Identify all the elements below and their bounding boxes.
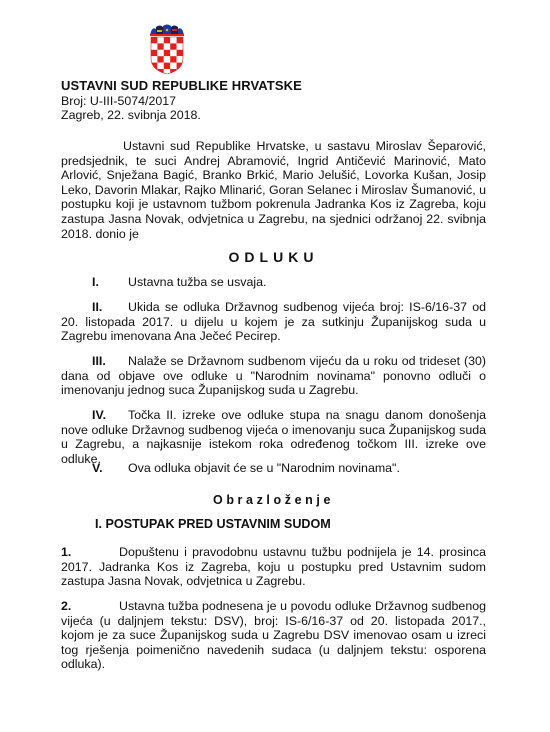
item-number: II. — [92, 300, 102, 315]
decision-item: I. Ustavna tužba se usvaja. — [61, 275, 486, 290]
item-number: IV. — [92, 408, 106, 423]
reasoning-title: Obrazloženje — [61, 493, 486, 507]
decision-item: II. Ukida se odluka Državnog sudbenog vi… — [61, 300, 486, 344]
item-text: Ustavna tužba podnesena je u povodu odlu… — [61, 599, 486, 671]
court-name: USTAVNI SUD REPUBLIKE HRVATSKE — [61, 79, 302, 93]
decision-title: ODLUKU — [61, 249, 486, 265]
item-text: Točka II. izreke ove odluke stupa na sna… — [61, 408, 486, 466]
case-number: Broj: U-III-5074/2017 — [61, 94, 176, 108]
item-number: V. — [92, 461, 103, 476]
reasoning-item: 2. Ustavna tužba podnesena je u povodu o… — [61, 599, 486, 672]
place-date: Zagreb, 22. svibnja 2018. — [61, 108, 201, 122]
item-text: Nalaže se Državnom sudbenom vijeću da u … — [61, 354, 486, 397]
item-text: Ustavna tužba se usvaja. — [128, 275, 266, 289]
croatian-coat-of-arms-icon — [148, 24, 186, 74]
document-page: USTAVNI SUD REPUBLIKE HRVATSKE Broj: U-I… — [0, 0, 550, 732]
item-text: Dopuštenu i pravodobnu ustavnu tužbu pod… — [61, 545, 486, 588]
item-number: I. — [92, 275, 99, 290]
decision-item: V. Ova odluka objavit će se u "Narodnim … — [61, 461, 486, 476]
section-heading: I. POSTUPAK PRED USTAVNIM SUDOM — [95, 517, 331, 531]
item-text: Ukida se odluka Državnog sudbenog vijeća… — [61, 300, 486, 343]
item-text: Ova odluka objavit će se u "Narodnim nov… — [128, 461, 400, 475]
item-number: 2. — [61, 599, 71, 614]
item-number: 1. — [61, 545, 71, 560]
item-number: III. — [92, 354, 106, 369]
reasoning-item: 1. Dopuštenu i pravodobnu ustavnu tužbu … — [61, 545, 486, 589]
decision-item: III. Nalaže se Državnom sudbenom vijeću … — [61, 354, 486, 398]
intro-paragraph: Ustavni sud Republike Hrvatske, u sastav… — [61, 139, 486, 241]
decision-item: IV. Točka II. izreke ove odluke stupa na… — [61, 408, 486, 466]
